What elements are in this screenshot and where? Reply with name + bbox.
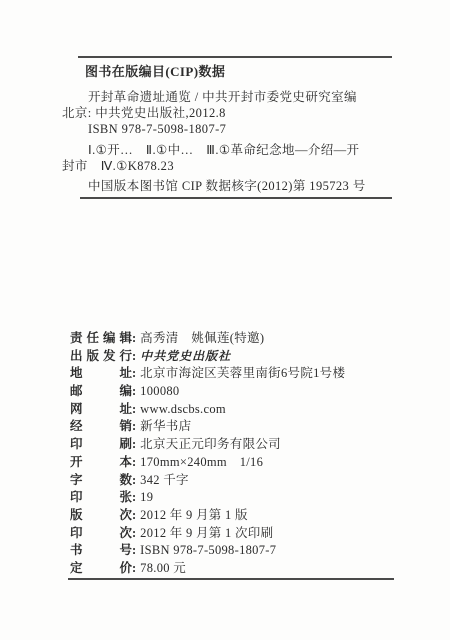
colophon-label: 印刷 bbox=[70, 436, 132, 454]
top-rule bbox=[78, 56, 392, 58]
cip-classification-line-1: Ⅰ.①开… Ⅱ.①中… Ⅲ.①革命纪念地—介绍—开 bbox=[88, 143, 359, 157]
cip-heading: 图书在版编目(CIP)数据 bbox=[85, 65, 225, 79]
copyright-page: 图书在版编目(CIP)数据 开封革命遗址通览 / 中共开封市委党史研究室编 北京… bbox=[0, 0, 450, 640]
colophon-value: 100080 bbox=[140, 384, 179, 398]
colophon-label: 定价 bbox=[70, 560, 132, 578]
colophon-colon: : bbox=[132, 543, 136, 557]
colophon-label: 责任编辑 bbox=[70, 330, 132, 348]
colophon-colon: : bbox=[132, 331, 136, 345]
colophon-row-printer: 印刷:北京天正元印务有限公司 bbox=[70, 436, 400, 454]
colophon-colon: : bbox=[132, 473, 136, 487]
colophon-row-edition: 版次:2012 年 9 月第 1 版 bbox=[70, 507, 400, 525]
middle-rule bbox=[80, 197, 392, 199]
colophon-colon: : bbox=[132, 402, 136, 416]
colophon-row-printing: 印次:2012 年 9 月第 1 次印刷 bbox=[70, 525, 400, 543]
cip-isbn-line: ISBN 978-7-5098-1807-7 bbox=[88, 122, 226, 136]
colophon-value: 高秀清 姚佩莲(特邀) bbox=[140, 331, 264, 345]
colophon-label: 印次 bbox=[70, 525, 132, 543]
colophon-row-website: 网址:www.dscbs.com bbox=[70, 401, 400, 419]
colophon-value: ISBN 978-7-5098-1807-7 bbox=[140, 543, 276, 557]
colophon-value: 78.00 元 bbox=[140, 561, 186, 575]
colophon-value: 2012 年 9 月第 1 次印刷 bbox=[140, 526, 273, 540]
bottom-rule bbox=[68, 578, 394, 580]
website-url: www.dscbs.com bbox=[140, 402, 226, 416]
colophon-label: 出版发行 bbox=[70, 348, 132, 366]
colophon-colon: : bbox=[132, 455, 136, 469]
colophon-label: 经销 bbox=[70, 418, 132, 436]
colophon-label: 邮编 bbox=[70, 383, 132, 401]
colophon-colon: : bbox=[132, 508, 136, 522]
colophon-label: 版次 bbox=[70, 507, 132, 525]
colophon-row-distributor: 经销:新华书店 bbox=[70, 418, 400, 436]
colophon-colon: : bbox=[132, 384, 136, 398]
colophon-row-format: 开本:170mm×240mm 1/16 bbox=[70, 454, 400, 472]
colophon-colon: : bbox=[132, 437, 136, 451]
colophon-label: 开本 bbox=[70, 454, 132, 472]
colophon-value: 北京市海淀区芙蓉里南街6号院1号楼 bbox=[140, 366, 345, 380]
cip-classification-line-2: 封市 Ⅳ.①K878.23 bbox=[62, 159, 174, 173]
colophon-row-postcode: 邮编:100080 bbox=[70, 383, 400, 401]
colophon-label: 印张 bbox=[70, 489, 132, 507]
colophon-row-booknumber: 书号:ISBN 978-7-5098-1807-7 bbox=[70, 542, 400, 560]
colophon-label: 字数 bbox=[70, 472, 132, 490]
colophon-row-publisher: 出版发行:中共党史出版社 bbox=[70, 348, 400, 366]
cip-record-number-line: 中国版本图书馆 CIP 数据核字(2012)第 195723 号 bbox=[88, 179, 366, 193]
colophon-label: 书号 bbox=[70, 542, 132, 560]
cip-publisher-line: 北京: 中共党史出版社,2012.8 bbox=[62, 106, 226, 120]
colophon-value: 新华书店 bbox=[140, 419, 191, 433]
colophon-value: 170mm×240mm 1/16 bbox=[140, 455, 263, 469]
colophon-row-address: 地址:北京市海淀区芙蓉里南街6号院1号楼 bbox=[70, 365, 400, 383]
cip-title-line: 开封革命遗址通览 / 中共开封市委党史研究室编 bbox=[88, 90, 357, 104]
colophon-colon: : bbox=[132, 366, 136, 380]
publisher-logotype: 中共党史出版社 bbox=[140, 349, 231, 363]
colophon-block: 责任编辑:高秀清 姚佩莲(特邀) 出版发行:中共党史出版社 地址:北京市海淀区芙… bbox=[70, 330, 400, 578]
colophon-row-price: 定价:78.00 元 bbox=[70, 560, 400, 578]
colophon-colon: : bbox=[132, 561, 136, 575]
colophon-colon: : bbox=[132, 490, 136, 504]
colophon-row-sheets: 印张:19 bbox=[70, 489, 400, 507]
colophon-colon: : bbox=[132, 349, 136, 363]
colophon-colon: : bbox=[132, 526, 136, 540]
colophon-value: 2012 年 9 月第 1 版 bbox=[140, 508, 248, 522]
colophon-row-wordcount: 字数:342 千字 bbox=[70, 472, 400, 490]
colophon-label: 网址 bbox=[70, 401, 132, 419]
colophon-value: 北京天正元印务有限公司 bbox=[140, 437, 281, 451]
colophon-value: 342 千字 bbox=[140, 473, 189, 487]
colophon-row-editor: 责任编辑:高秀清 姚佩莲(特邀) bbox=[70, 330, 400, 348]
colophon-colon: : bbox=[132, 419, 136, 433]
colophon-value: 19 bbox=[140, 490, 153, 504]
colophon-label: 地址 bbox=[70, 365, 132, 383]
